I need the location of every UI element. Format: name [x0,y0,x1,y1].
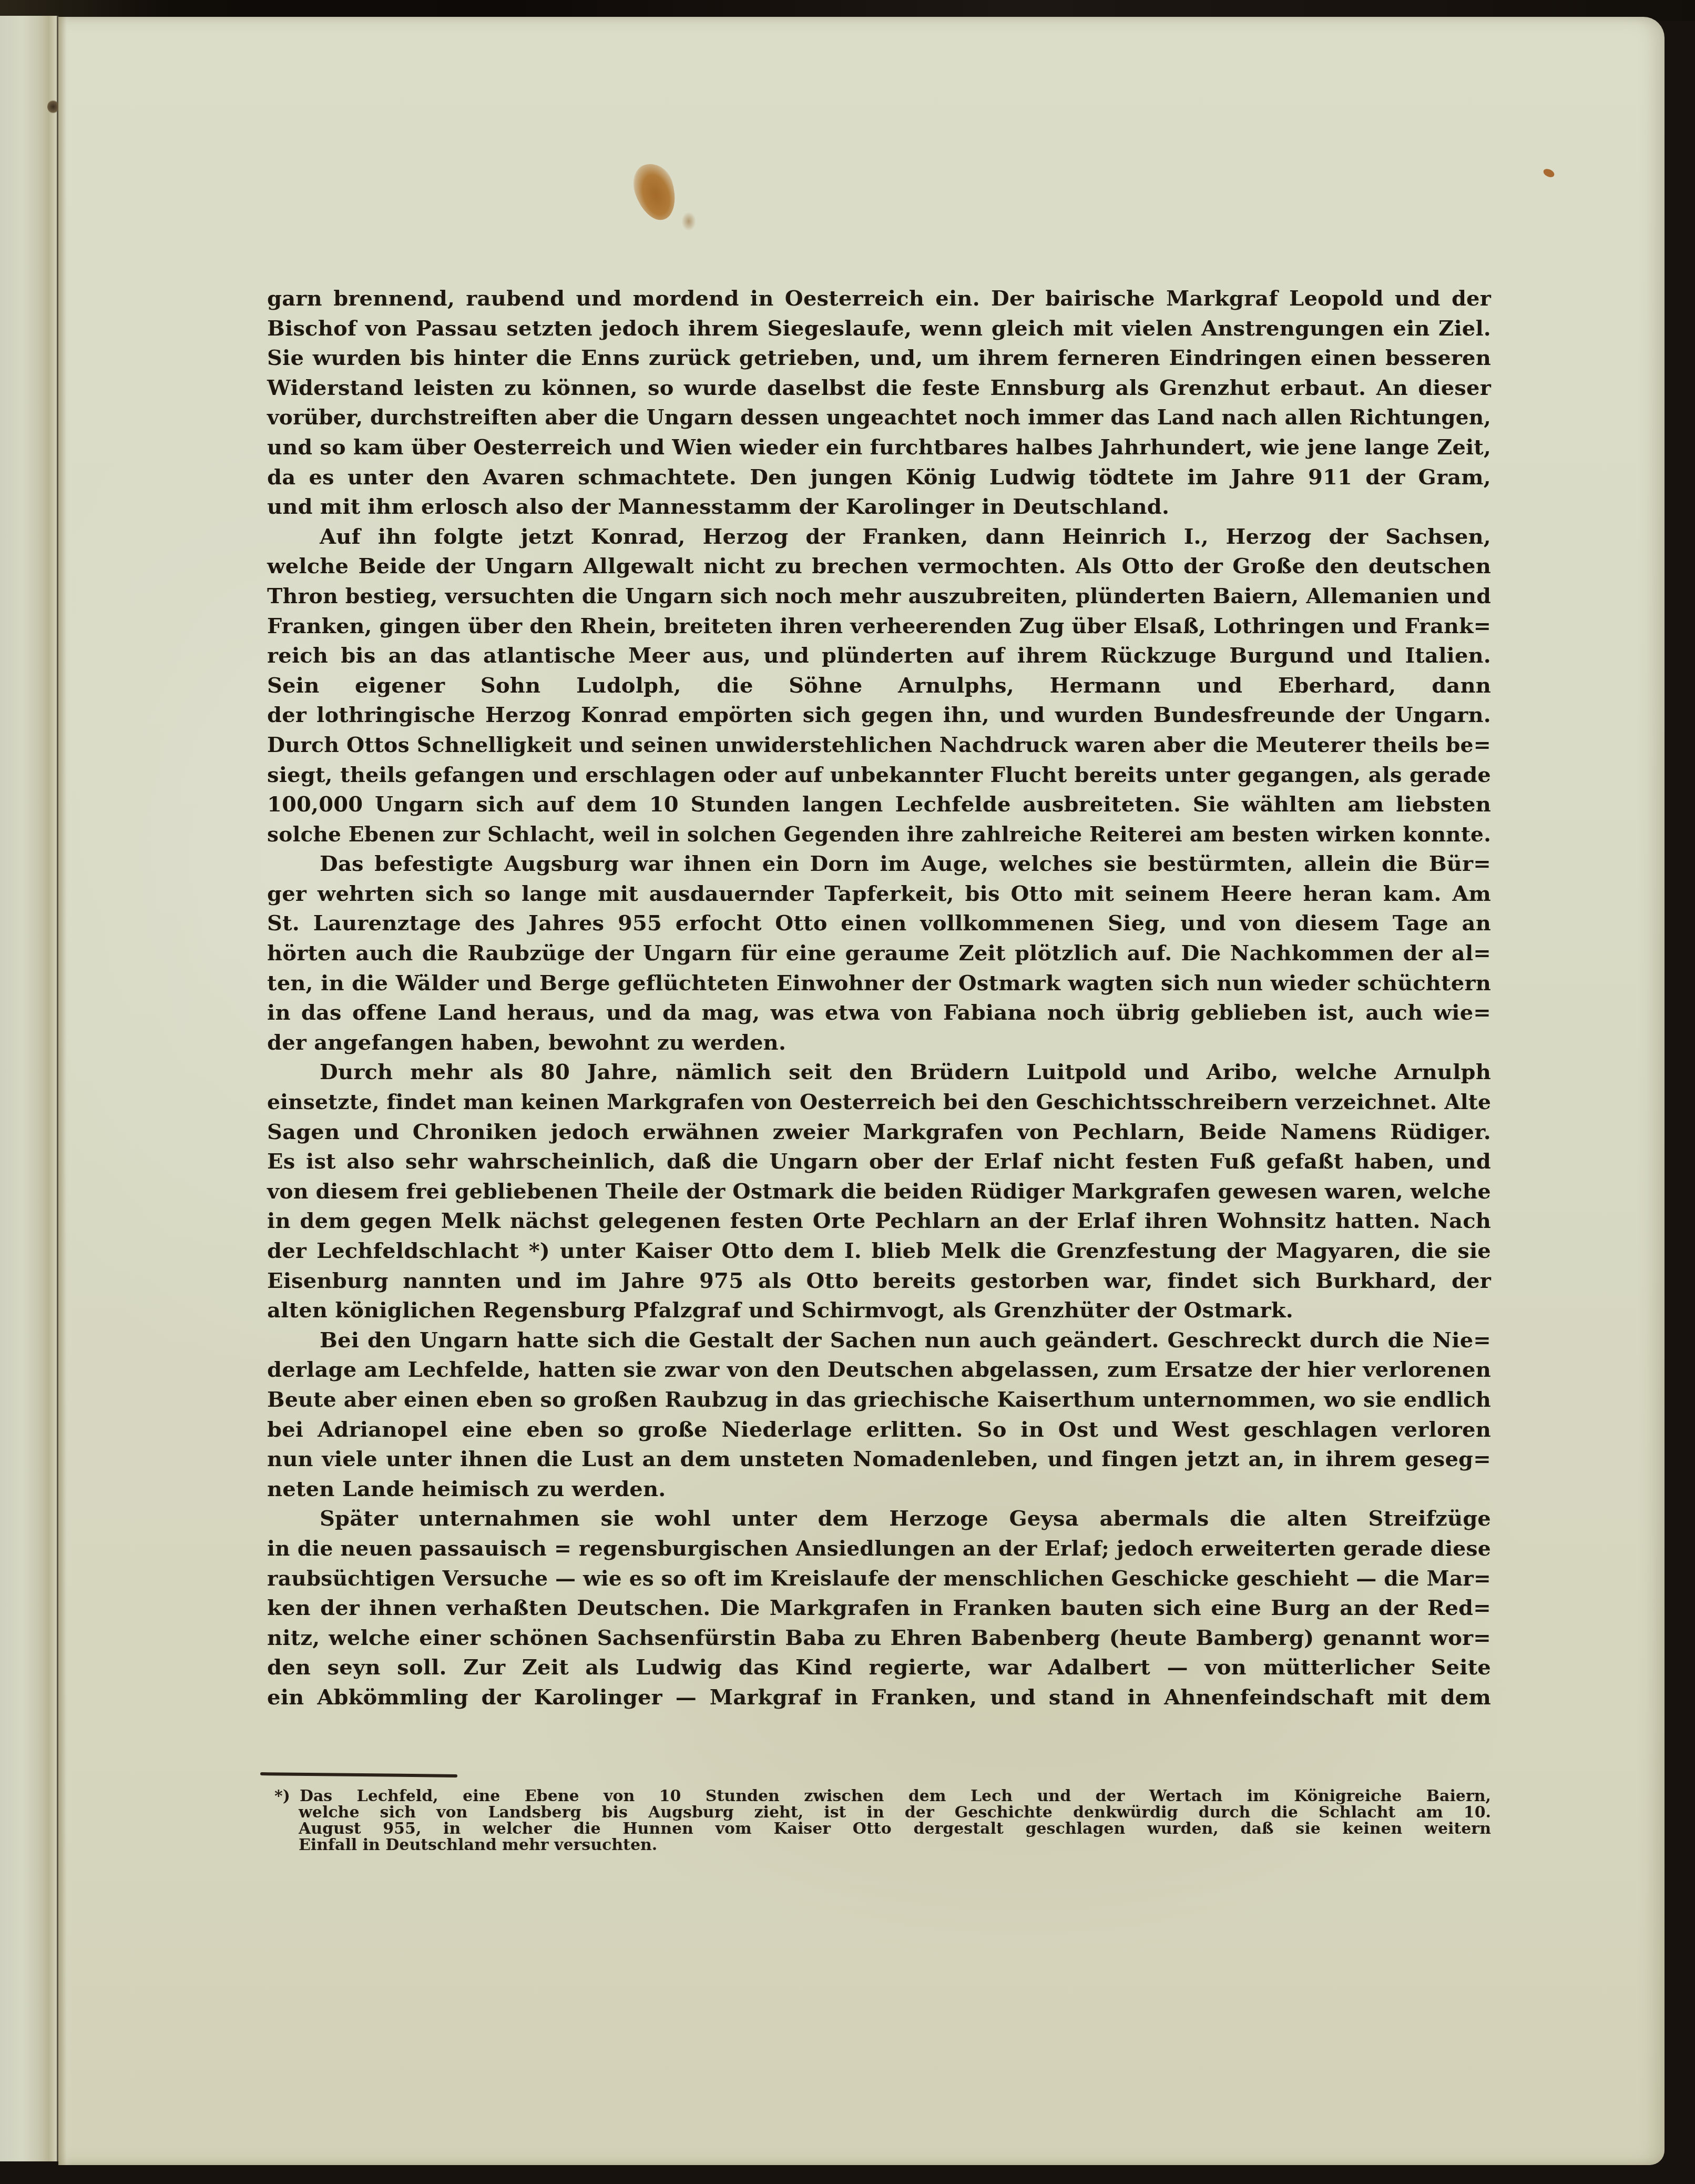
text-line: nitz, welche einer schönen Sachsenfürsti… [267,1623,1491,1653]
text-line: derlage am Lechfelde, hatten sie zwar vo… [267,1355,1491,1385]
text-line: welche Beide der Ungarn Allgewalt nicht … [267,552,1491,582]
text-line: in das offene Land heraus, und da mag, w… [267,998,1491,1028]
text-line: und mit ihm erlosch also der Mannesstamm… [267,492,1491,522]
stain-mark-small [682,212,696,230]
stain-mark [628,158,682,225]
text-line: Franken, gingen über den Rhein, breitete… [267,612,1491,642]
paragraph-start-line: Auf ihn folgte jetzt Konrad, Herzog der … [267,522,1491,552]
footnote-line: welche sich von Landsberg bis Augsburg z… [267,1804,1491,1821]
text-line: den seyn soll. Zur Zeit als Ludwig das K… [267,1653,1491,1683]
text-line: in dem gegen Melk nächst gelegenen feste… [267,1206,1491,1236]
text-line: raubsüchtigen Versuche — wie es so oft i… [267,1564,1491,1594]
paragraph-start-line: Bei den Ungarn hatte sich die Gestalt de… [267,1326,1491,1356]
text-line: alten königlichen Regensburg Pfalzgraf u… [267,1296,1491,1326]
text-line: reich bis an das atlantische Meer aus, u… [267,641,1491,671]
text-line: von diesem frei gebliebenen Theile der O… [267,1177,1491,1207]
text-line: Bischof von Passau setzten jedoch ihrem … [267,314,1491,344]
gutter-fold [58,17,72,2165]
footnote-line: *)Das Lechfeld, eine Ebene von 10 Stunde… [267,1788,1491,1804]
text-line: Sein eigener Sohn Ludolph, die Söhne Arn… [267,671,1491,701]
text-line: Sie wurden bis hinter die Enns zurück ge… [267,343,1491,373]
text-line: und so kam über Oesterreich und Wien wie… [267,433,1491,463]
text-line: in die neuen passauisch = regensburgisch… [267,1534,1491,1564]
text-line: einsetzte, findet man keinen Markgrafen … [267,1088,1491,1118]
text-line: Eisenburg nannten und im Jahre 975 als O… [267,1266,1491,1296]
text-line: nun viele unter ihnen die Lust an dem un… [267,1445,1491,1475]
text-line: 100,000 Ungarn sich auf dem 10 Stunden l… [267,790,1491,820]
text-line: vorüber, durchstreiften aber die Ungarn … [267,403,1491,433]
text-line: der Lechfeldschlacht *) unter Kaiser Ott… [267,1236,1491,1266]
text-line: garn brennend, raubend und mordend in Oe… [267,284,1491,314]
footnote-line: Einfall in Deutschland mehr versuchten. [267,1837,1491,1853]
text-line: hörten auch die Raubzüge der Ungarn für … [267,939,1491,969]
text-line: Widerstand leisten zu können, so wurde d… [267,373,1491,403]
text-line: Thron bestieg, versuchten die Ungarn sic… [267,582,1491,612]
text-line: der angefangen haben, bewohnt zu werden. [267,1028,1491,1058]
book-binding-edge [0,16,58,2161]
text-line: ein Abkömmling der Karolinger — Markgraf… [267,1683,1491,1713]
paragraph-start-line: Das befestigte Augsburg war ihnen ein Do… [267,849,1491,879]
text-line: solche Ebenen zur Schlacht, weil in solc… [267,820,1491,850]
paragraph-start-line: Später unternahmen sie wohl unter dem He… [267,1504,1491,1534]
text-line: ger wehrten sich so lange mit ausdauernd… [267,879,1491,909]
text-line: bei Adrianopel eine eben so große Nieder… [267,1415,1491,1445]
text-line: der lothringische Herzog Konrad empörten… [267,700,1491,730]
text-line: da es unter den Avaren schmachtete. Den … [267,463,1491,493]
text-line: Sagen und Chroniken jedoch erwähnen zwei… [267,1118,1491,1147]
footnote-text: Das Lechfeld, eine Ebene von 10 Stunden … [300,1787,1491,1805]
text-line: Durch Ottos Schnelligkeit und seinen unw… [267,730,1491,760]
footnote-line: August 955, in welcher die Hunnen vom Ka… [267,1821,1491,1837]
footnote-marker: *) [274,1787,290,1805]
text-line: Es ist also sehr wahrscheinlich, daß die… [267,1147,1491,1177]
text-line: ten, in die Wälder und Berge geflüchtete… [267,969,1491,999]
text-line: Beute aber einen eben so großen Raubzug … [267,1385,1491,1415]
body-text: garn brennend, raubend und mordend in Oe… [267,284,1491,1713]
text-line: St. Laurenztage des Jahres 955 erfocht O… [267,909,1491,939]
footnote: *)Das Lechfeld, eine Ebene von 10 Stunde… [267,1788,1491,1853]
text-line: neten Lande heimisch zu werden. [267,1475,1491,1505]
footnote-separator [260,1772,457,1777]
foxing-spot [1542,167,1556,179]
binding-hole [47,100,59,114]
paragraph-start-line: Durch mehr als 80 Jahre, nämlich seit de… [267,1058,1491,1088]
text-line: ken der ihnen verhaßten Deutschen. Die M… [267,1593,1491,1623]
book-page: garn brennend, raubend und mordend in Oe… [58,17,1665,2165]
text-line: siegt, theils gefangen und erschlagen od… [267,760,1491,790]
